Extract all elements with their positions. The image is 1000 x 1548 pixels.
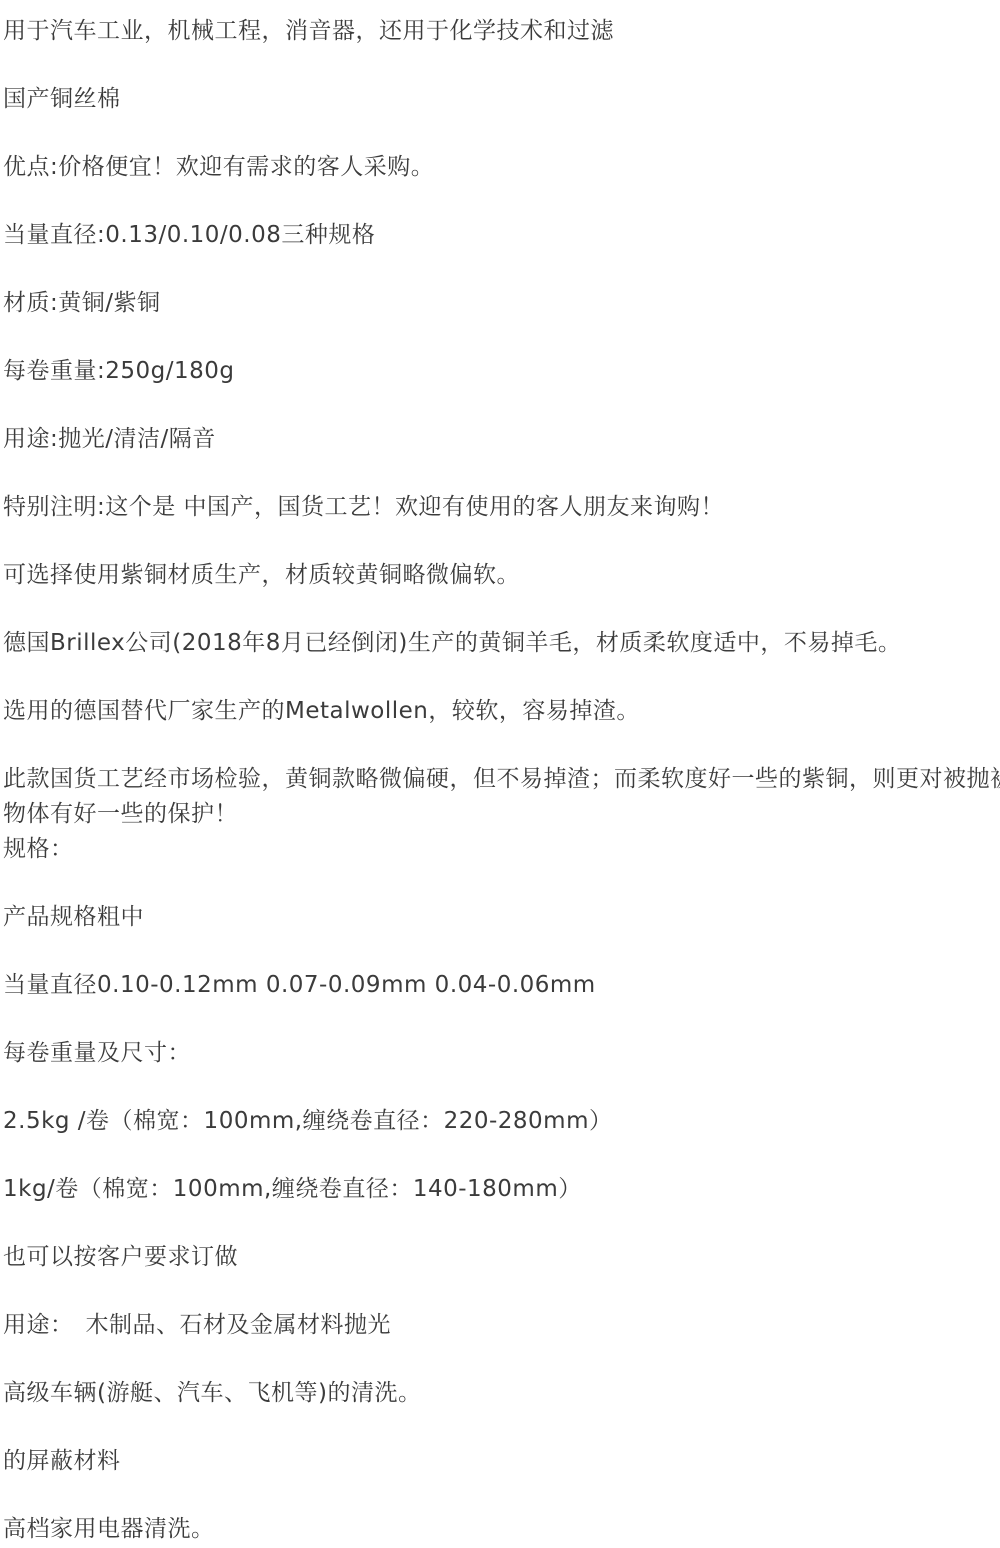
paragraph-roll-spec-2-5kg: 2.5kg /卷（棉宽：100mm,缠绕卷直径：220-280mm）	[3, 1104, 1000, 1139]
paragraph-roll-spec-1kg: 1kg/卷（棉宽：100mm,缠绕卷直径：140-180mm）	[3, 1172, 1000, 1207]
paragraph-weight-size-heading: 每卷重量及尺寸：	[3, 1036, 1000, 1071]
paragraph-market-test-line1: 此款国货工艺经市场检验，黄铜款略微偏硬，但不易掉渣；而柔软度好一些的紫铜，则更对…	[3, 762, 1000, 797]
paragraph-diameter-ranges: 当量直径0.10-0.12mm 0.07-0.09mm 0.04-0.06mm	[3, 968, 1000, 1003]
paragraph-purpose-polishing: 用途： 木制品、石材及金属材料抛光	[3, 1308, 1000, 1343]
paragraph-equivalent-diameter: 当量直径:0.13/0.10/0.08三种规格	[3, 218, 1000, 253]
paragraph-purpose-short: 用途:抛光/清洁/隔音	[3, 422, 1000, 457]
paragraph-vehicle-cleaning: 高级车辆(游艇、汽车、飞机等)的清洗。	[3, 1376, 1000, 1411]
paragraph-spec-grade: 产品规格粗中	[3, 900, 1000, 935]
paragraph-roll-weight: 每卷重量:250g/180g	[3, 354, 1000, 389]
paragraph-custom-order: 也可以按客户要求订做	[3, 1240, 1000, 1275]
product-description-document: 用于汽车工业，机械工程，消音器，还用于化学技术和过滤 国产铜丝棉 优点:价格便宜…	[0, 0, 1000, 1547]
paragraph-spec-heading: 规格：	[3, 832, 1000, 867]
paragraph-copper-option: 可选择使用紫铜材质生产，材质较黄铜略微偏软。	[3, 558, 1000, 593]
paragraph-material: 材质:黄铜/紫铜	[3, 286, 1000, 321]
paragraph-metalwollen-info: 选用的德国替代厂家生产的Metalwollen，较软，容易掉渣。	[3, 694, 1000, 729]
paragraph-usage-industries: 用于汽车工业，机械工程，消音器，还用于化学技术和过滤	[3, 14, 1000, 49]
paragraph-shielding-material: 的屏蔽材料	[3, 1444, 1000, 1479]
paragraph-advantage: 优点:价格便宜！欢迎有需求的客人采购。	[3, 150, 1000, 185]
paragraph-brillex-info: 德国Brillex公司(2018年8月已经倒闭)生产的黄铜羊毛，材质柔软度适中，…	[3, 626, 1000, 661]
paragraph-market-test-line2: 物体有好一些的保护！	[3, 797, 1000, 832]
paragraph-appliance-cleaning: 高档家用电器清洗。	[3, 1512, 1000, 1547]
paragraph-special-note: 特别注明:这个是 中国产，国货工艺！欢迎有使用的客人朋友来询购！	[3, 490, 1000, 525]
paragraph-product-title: 国产铜丝棉	[3, 82, 1000, 117]
